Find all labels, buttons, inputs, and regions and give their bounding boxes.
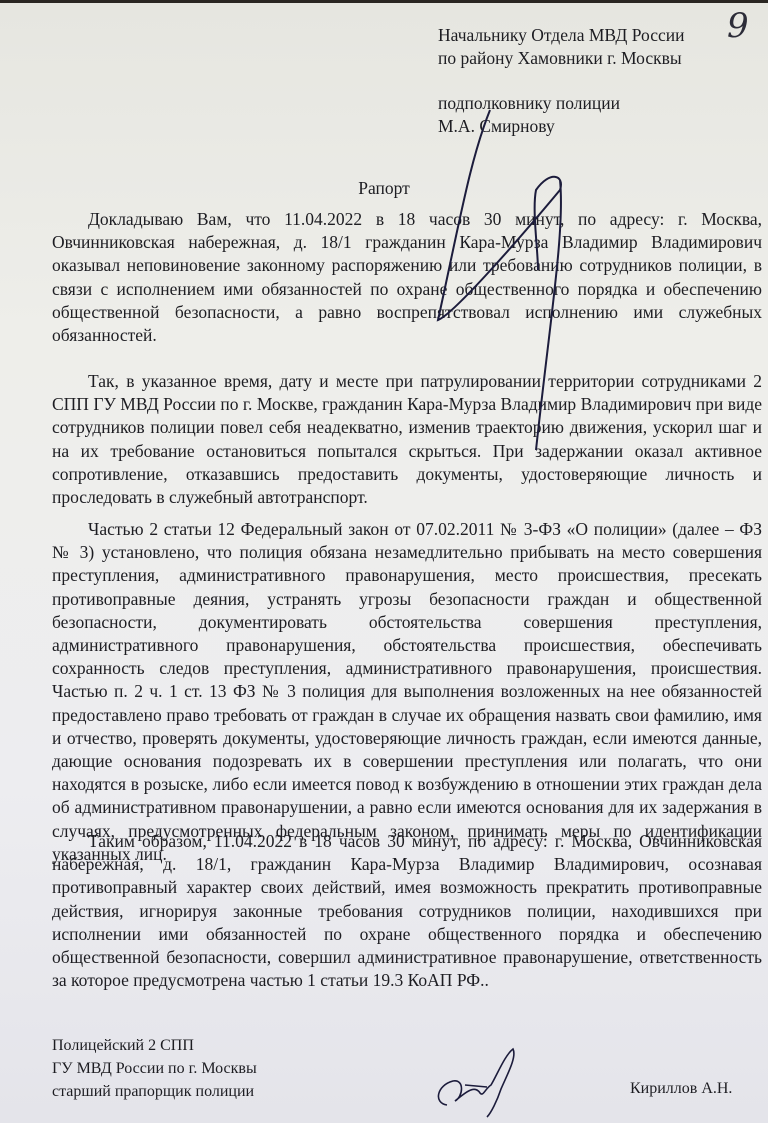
document-title: Рапорт (0, 178, 768, 199)
page-top-edge (0, 0, 768, 3)
officer-signature-icon (425, 1045, 525, 1120)
addressee-line: по району Хамовники г. Москвы (438, 47, 684, 70)
paragraph-text: Таким образом, 11.04.2022 в 18 часов 30 … (52, 830, 762, 992)
addressee-block: Начальнику Отдела МВД России по району Х… (438, 24, 684, 138)
paragraph-text: Частью 2 статьи 12 Федеральный закон от … (52, 518, 762, 866)
page-number: 9 (727, 6, 749, 46)
paragraph-text: Так, в указанное время, дату и месте при… (52, 370, 762, 509)
addressee-line: подполковнику полиции (438, 92, 684, 115)
paragraph-text: Докладываю Вам, что 11.04.2022 в 18 часо… (52, 208, 762, 347)
paragraph: Так, в указанное время, дату и месте при… (52, 370, 762, 509)
signer-department: ГУ МВД России по г. Москвы (52, 1057, 257, 1080)
paragraph: Таким образом, 11.04.2022 в 18 часов 30 … (52, 830, 762, 992)
signer-name: Кириллов А.Н. (630, 1080, 732, 1098)
paragraph: Частью 2 статьи 12 Федеральный закон от … (52, 518, 762, 866)
document-page: 9 Начальнику Отдела МВД России по району… (0, 0, 768, 1123)
addressee-line: Начальнику Отдела МВД России (438, 24, 684, 47)
paragraph: Докладываю Вам, что 11.04.2022 в 18 часо… (52, 208, 762, 347)
addressee-line: М.А. Смирнову (438, 115, 684, 138)
signer-position: Полицейский 2 СПП (52, 1034, 257, 1057)
signer-rank: старший прапорщик полиции (52, 1080, 257, 1103)
signature-block: Полицейский 2 СПП ГУ МВД России по г. Мо… (52, 1034, 257, 1103)
